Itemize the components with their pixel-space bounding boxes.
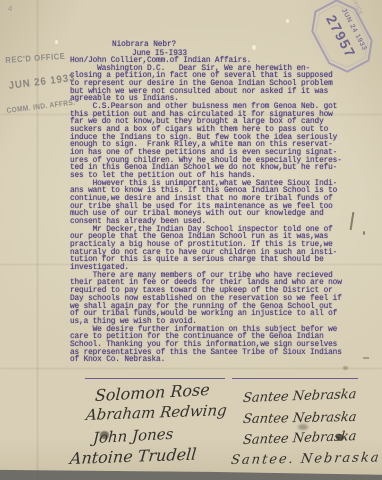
letter-body-text: Hon/John Collier,Comm.of Indian Affairs.…	[70, 58, 342, 365]
signature-place: Santee. Nebraska	[230, 450, 381, 468]
paper-speck	[55, 40, 58, 44]
ink-smudge	[343, 366, 348, 370]
margin-pen-dot	[363, 231, 365, 235]
ink-blot	[336, 434, 344, 441]
signature-rule-right	[232, 378, 358, 379]
ink-smudge	[298, 424, 308, 430]
ink-blot	[100, 431, 109, 439]
signature-rule-left	[85, 378, 225, 379]
scanned-letter-photo: 4 Niobrara Nebr? June I5-I933 Hon/John C…	[0, 0, 382, 480]
typed-place-line: Niobrara Nebr?	[112, 41, 176, 49]
paper-speck	[286, 19, 289, 23]
margin-pen-dash	[363, 357, 369, 359]
paper-speck	[252, 45, 256, 50]
